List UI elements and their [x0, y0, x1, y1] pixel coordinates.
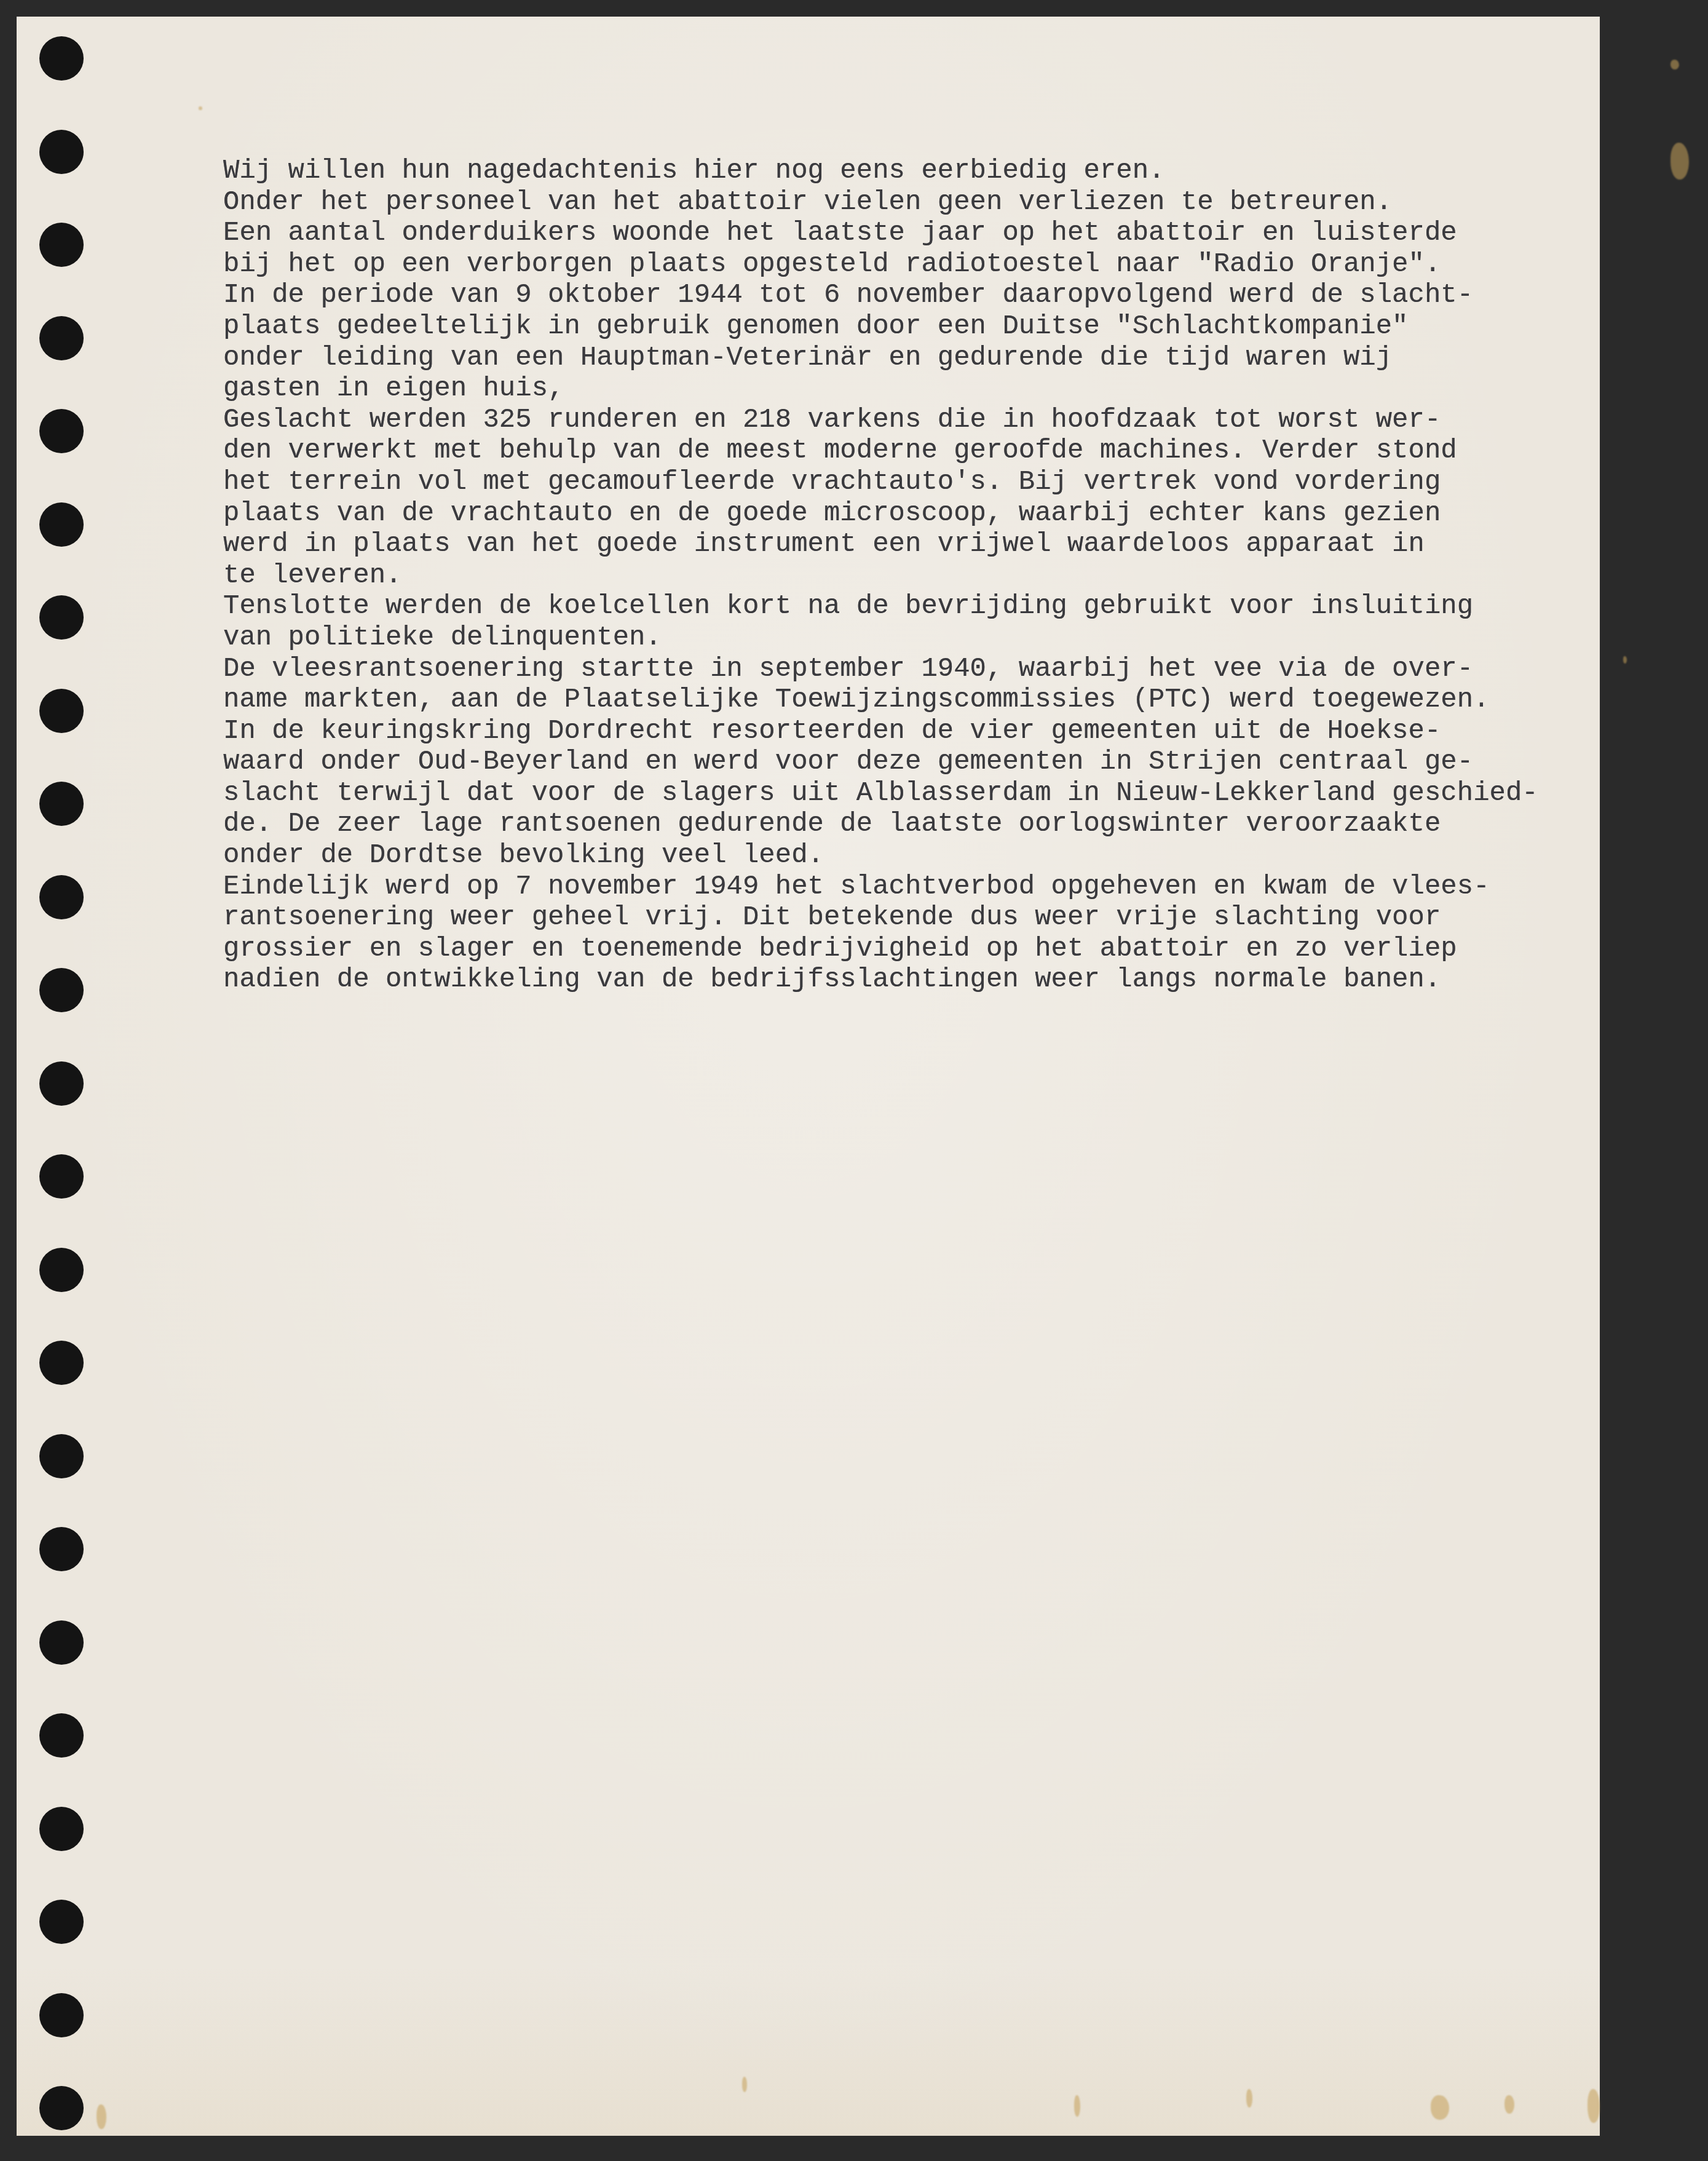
punch-hole	[39, 1993, 84, 2037]
text-line: Een aantal onderduikers woonde het laats…	[223, 218, 1538, 249]
paper-stain	[1670, 60, 1679, 69]
text-line: Geslacht werden 325 runderen en 218 vark…	[223, 405, 1538, 436]
text-line: nadien de ontwikkeling van de bedrijfssl…	[223, 964, 1538, 996]
punch-hole	[39, 1154, 84, 1199]
punch-hole	[39, 502, 84, 547]
text-line: name markten, aan de Plaatselijke Toewij…	[223, 684, 1538, 716]
text-line: Tenslotte werden de koelcellen kort na d…	[223, 591, 1538, 622]
punch-hole	[39, 2086, 84, 2130]
paper-stain	[1504, 2095, 1514, 2114]
punch-hole	[39, 130, 84, 174]
paper-stain	[199, 106, 202, 110]
punch-hole	[39, 1248, 84, 1292]
text-line: De vleesrantsoenering startte in septemb…	[223, 654, 1538, 685]
paper-stain	[1246, 2089, 1252, 2107]
punch-hole	[39, 1061, 84, 1106]
text-line: rantsoenering weer geheel vrij. Dit bete…	[223, 902, 1538, 934]
punch-hole	[39, 1341, 84, 1385]
paper-stain	[1431, 2095, 1449, 2120]
punch-hole	[39, 223, 84, 267]
text-line: werd in plaats van het goede instrument …	[223, 529, 1538, 560]
text-line: onder leiding van een Hauptman-Veterinär…	[223, 343, 1538, 374]
paper-stain	[1074, 2095, 1080, 2117]
text-line: Eindelijk werd op 7 november 1949 het sl…	[223, 871, 1538, 903]
paper-stain	[1670, 143, 1689, 180]
punch-hole	[39, 689, 84, 733]
text-line: plaats gedeeltelijk in gebruik genomen d…	[223, 311, 1538, 343]
text-line: bij het op een verborgen plaats opgestel…	[223, 249, 1538, 280]
punch-hole	[39, 782, 84, 826]
punch-hole	[39, 1713, 84, 1758]
text-line: plaats van de vrachtauto en de goede mic…	[223, 498, 1538, 529]
punch-hole	[39, 409, 84, 453]
punch-hole	[39, 595, 84, 640]
paper-stain	[1623, 656, 1627, 664]
text-line: In de periode van 9 oktober 1944 tot 6 n…	[223, 280, 1538, 311]
text-line: te leveren.	[223, 560, 1538, 592]
text-line: van politieke delinquenten.	[223, 622, 1538, 654]
punch-hole	[39, 316, 84, 360]
punch-hole	[39, 968, 84, 1012]
paper-stain	[742, 2077, 747, 2092]
punch-hole	[39, 1900, 84, 1944]
text-line: Onder het personeel van het abattoir vie…	[223, 187, 1538, 218]
punch-hole	[39, 875, 84, 919]
text-line: den verwerkt met behulp van de meest mod…	[223, 435, 1538, 467]
text-line: gasten in eigen huis,	[223, 373, 1538, 405]
punch-hole	[39, 36, 84, 81]
punch-hole	[39, 1620, 84, 1665]
text-line: waard onder Oud-Beyerland en werd voor d…	[223, 747, 1538, 778]
text-line: de. De zeer lage rantsoenen gedurende de…	[223, 809, 1538, 840]
text-line: In de keuringskring Dordrecht resorteerd…	[223, 716, 1538, 747]
punch-hole	[39, 1527, 84, 1571]
text-line: onder de Dordtse bevolking veel leed.	[223, 840, 1538, 871]
punch-hole	[39, 1434, 84, 1478]
paper-stain	[1587, 2089, 1600, 2123]
text-line: grossier en slager en toenemende bedrijv…	[223, 934, 1538, 965]
typed-text-body: Wij willen hun nagedachtenis hier nog ee…	[223, 156, 1538, 996]
typed-document-page: Wij willen hun nagedachtenis hier nog ee…	[17, 17, 1600, 2136]
punch-hole	[39, 1807, 84, 1851]
text-line: Wij willen hun nagedachtenis hier nog ee…	[223, 156, 1538, 187]
paper-stain	[97, 2104, 106, 2129]
text-line: het terrein vol met gecamoufleerde vrach…	[223, 467, 1538, 498]
text-line: slacht terwijl dat voor de slagers uit A…	[223, 778, 1538, 809]
